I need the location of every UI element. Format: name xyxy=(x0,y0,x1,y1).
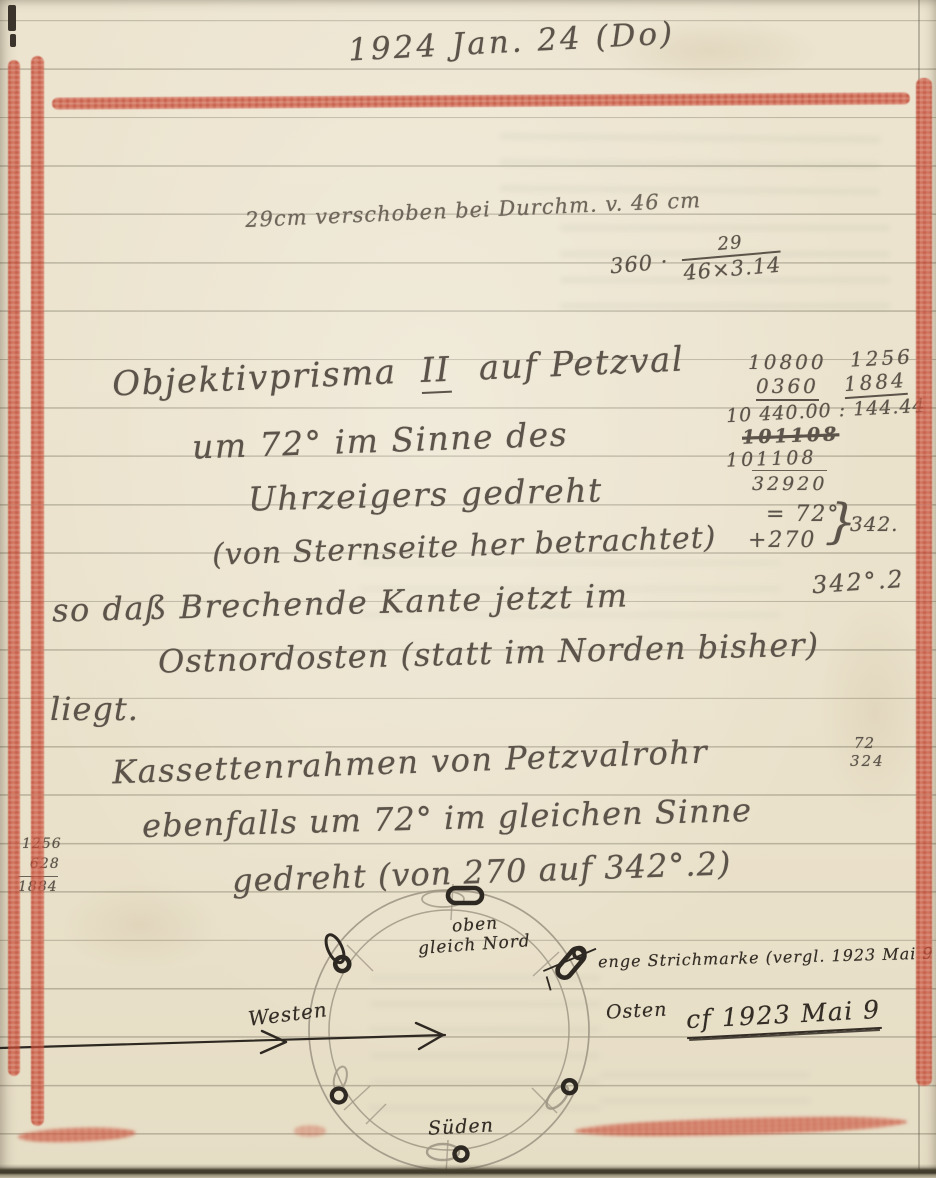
body-line-8: Kassettenrahmen von Petzvalrohr xyxy=(112,733,709,792)
body-line-2: um 72° im Sinne des xyxy=(191,414,568,466)
red-border-top xyxy=(52,92,910,109)
formula-fraction: 2946×3.14 xyxy=(681,231,783,284)
label-osten: Osten xyxy=(605,998,668,1023)
margin-right-324: 324 xyxy=(850,752,885,770)
calc-struck-line: 101108 xyxy=(742,423,840,448)
formula-factor: 360 · xyxy=(609,249,669,278)
body-line-1-rest: auf Petzval xyxy=(478,340,685,389)
clamp-mark-northwest xyxy=(322,932,351,973)
paper-stain xyxy=(60,880,220,970)
calc-brace-value: 342. xyxy=(850,512,899,536)
cf-reference-text: cf 1923 Mai 9 xyxy=(685,995,881,1039)
calc-carry-line: 101108 xyxy=(726,446,817,471)
clamp-mark-southwest xyxy=(328,1065,353,1104)
calc-remainder: 32920 xyxy=(752,470,827,495)
red-border-right xyxy=(916,78,932,1086)
prism-numeral: II xyxy=(420,350,452,394)
red-border-left-inner xyxy=(31,56,44,1126)
calc-colA-row1: 10800 xyxy=(748,350,827,374)
body-line-9: ebenfalls um 72° im gleichen Sinne xyxy=(142,791,753,845)
red-smudge-bottom-mid xyxy=(294,1125,326,1137)
calc-colB-row2: 1884 xyxy=(843,368,908,399)
body-line-6: Ostnordosten (statt im Norden bisher) xyxy=(158,625,820,680)
body-line-1: Objektivprisma II auf Petzval xyxy=(111,340,685,405)
margin-arrow xyxy=(0,1018,460,1068)
calc-total: 342°.2 xyxy=(811,565,905,599)
red-border-left-outer xyxy=(8,60,20,1076)
notebook-page: 1924 Jan. 24 (Do) 29cm verschoben bei Du… xyxy=(0,0,936,1178)
calc-colA-row2: 0360 xyxy=(756,374,819,401)
margin-right-72: 72 xyxy=(854,734,875,752)
edge-ink-mark xyxy=(10,34,16,47)
paper-stain xyxy=(820,600,930,820)
page-bottom-edge xyxy=(0,1164,936,1178)
edge-ink-mark xyxy=(8,5,16,31)
body-line-7: liegt. xyxy=(50,690,139,728)
body-line-1-text: Objektivprisma xyxy=(111,352,397,404)
calc-plus270: +270 xyxy=(748,528,816,553)
red-smudge-bottom-left xyxy=(18,1126,136,1144)
bleedthrough-marks xyxy=(500,133,881,196)
label-sueden: Süden xyxy=(427,1114,494,1139)
body-line-3: Uhrzeigers gedreht xyxy=(248,470,604,518)
cf-reference-note: cf 1923 Mai 9 xyxy=(685,995,881,1034)
